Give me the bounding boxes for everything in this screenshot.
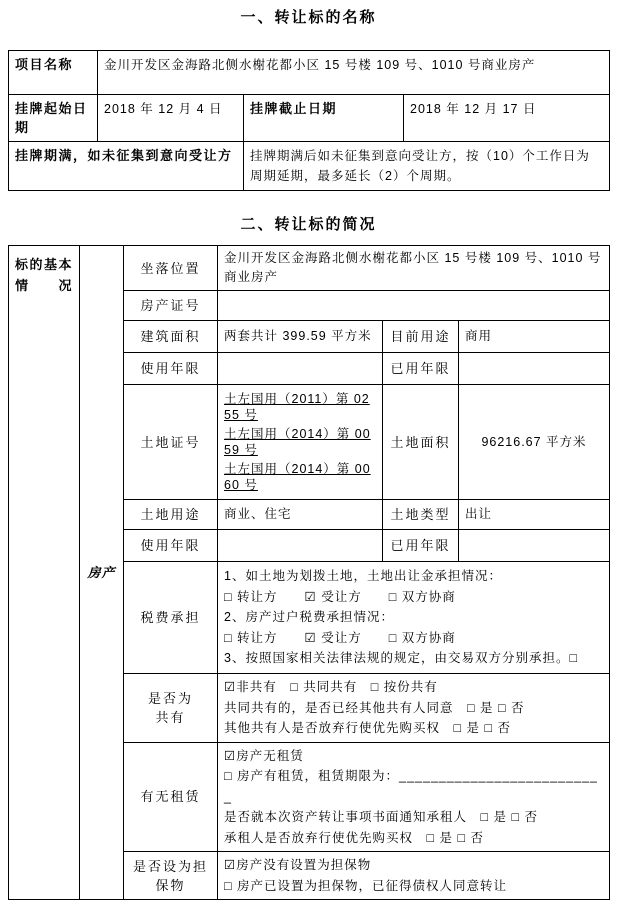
building-area-value: 两套共计 399.59 平方米 [218, 321, 383, 353]
tax-burden-line-2-checkboxes: □ 转让方 ☑ 受让方 □ 双方协商 [224, 587, 603, 608]
lease-line-2-checkbox-blank: □ 房产有租赁，租赁期限为：__________________________ [224, 766, 603, 807]
current-use-value: 商用 [459, 321, 610, 353]
current-use-label: 目前用途 [383, 321, 459, 353]
basic-info-header-line2: 情 况 [15, 278, 73, 293]
basic-info-header: 标的基本 情 况 [9, 246, 80, 900]
land-type-label: 土地类型 [383, 500, 459, 530]
land-type-value: 出让 [459, 500, 610, 530]
land-use-label: 土地用途 [124, 500, 218, 530]
basic-info-header-line1: 标的基本 [15, 257, 73, 272]
used-years-label-2: 已用年限 [383, 530, 459, 562]
shared-ownership-value: ☑非共有 □ 共同共有 □ 按份共有 共同共有的，是否已经其他共有人同意 □ 是… [218, 674, 610, 743]
listing-end-value: 2018 年 12 月 17 日 [404, 95, 610, 142]
used-years-value-1 [459, 353, 610, 385]
listing-start-value: 2018 年 12 月 4 日 [98, 95, 244, 142]
land-cert-label: 土地证号 [124, 385, 218, 500]
collateral-label: 是否设为担 保物 [124, 852, 218, 900]
property-cert-label: 房产证号 [124, 291, 218, 321]
expiry-label: 挂牌期满，如未征集到意向受让方 [9, 142, 244, 191]
shared-ownership-line-2-checkboxes: 共同共有的，是否已经其他共有人同意 □ 是 □ 否 [224, 698, 603, 719]
shared-ownership-label-line2: 共有 [155, 710, 185, 725]
land-cert-values: 土左国用（2011）第 0255 号 土左国用（2014）第 0059 号 土左… [218, 385, 383, 500]
location-value: 金川开发区金海路北侧水榭花都小区 15 号楼 109 号、1010 号商业房产 [218, 246, 610, 291]
land-area-label: 土地面积 [383, 385, 459, 500]
project-row: 项目名称 金川开发区金海路北侧水榭花都小区 15 号楼 109 号、1010 号… [9, 51, 610, 95]
collateral-line-2-checkbox: □ 房产已设置为担保物，已征得债权人同意转让 [224, 876, 603, 897]
usage-years-label-1: 使用年限 [124, 353, 218, 385]
tax-burden-label: 税费承担 [124, 562, 218, 674]
expiry-row: 挂牌期满，如未征集到意向受让方 挂牌期满后如未征集到意向受让方，按（10）个工作… [9, 142, 610, 191]
shared-ownership-line-1-checkboxes: ☑非共有 □ 共同共有 □ 按份共有 [224, 677, 603, 698]
tax-burden-line-4-checkboxes: □ 转让方 ☑ 受让方 □ 双方协商 [224, 628, 603, 649]
land-cert-value-2: 土左国用（2014）第 0059 号 [224, 426, 376, 458]
shared-ownership-label-line1: 是否为 [148, 691, 193, 706]
tax-burden-line-1: 1、如土地为划拨土地，土地出让金承担情况： [224, 566, 603, 587]
location-label: 坐落位置 [124, 246, 218, 291]
lease-status-value: ☑房产无租赁 □ 房产有租赁，租赁期限为：___________________… [218, 742, 610, 852]
tax-burden-value: 1、如土地为划拨土地，土地出让金承担情况： □ 转让方 ☑ 受让方 □ 双方协商… [218, 562, 610, 674]
location-row: 标的基本 情 况 房产 坐落位置 金川开发区金海路北侧水榭花都小区 15 号楼 … [9, 246, 610, 291]
shared-ownership-line-3-checkboxes: 其他共有人是否放弃行使优先购买权 □ 是 □ 否 [224, 718, 603, 739]
land-use-value: 商业、住宅 [218, 500, 383, 530]
lease-line-4-checkboxes: 承租人是否放弃行使优先购买权 □ 是 □ 否 [224, 828, 603, 849]
used-years-label-1: 已用年限 [383, 353, 459, 385]
property-group-header: 房产 [80, 246, 124, 900]
usage-years-value-2 [218, 530, 383, 562]
collateral-line-1-checkbox: ☑房产没有设置为担保物 [224, 855, 603, 876]
section1-table: 项目名称 金川开发区金海路北侧水榭花都小区 15 号楼 109 号、1010 号… [8, 50, 610, 191]
section1-title: 一、转让标的名称 [8, 8, 609, 28]
listing-start-label: 挂牌起始日期 [9, 95, 98, 142]
land-area-value: 96216.67 平方米 [459, 385, 610, 500]
collateral-label-line2: 保物 [155, 878, 185, 893]
land-cert-value-1: 土左国用（2011）第 0255 号 [224, 391, 376, 423]
lease-line-3-checkboxes: 是否就本次资产转让事项书面通知承租人 □ 是 □ 否 [224, 807, 603, 828]
tax-burden-line-5: 3、按照国家相关法律法规的规定，由交易双方分别承担。□ [224, 648, 603, 669]
lease-status-label: 有无租赁 [124, 742, 218, 852]
usage-years-value-1 [218, 353, 383, 385]
listing-dates-row: 挂牌起始日期 2018 年 12 月 4 日 挂牌截止日期 2018 年 12 … [9, 95, 610, 142]
shared-ownership-label: 是否为 共有 [124, 674, 218, 743]
land-cert-value-3: 土左国用（2014）第 0060 号 [224, 461, 376, 493]
usage-years-label-2: 使用年限 [124, 530, 218, 562]
lease-line-1-checkbox: ☑房产无租赁 [224, 746, 603, 767]
collateral-value: ☑房产没有设置为担保物 □ 房产已设置为担保物，已征得债权人同意转让 [218, 852, 610, 900]
property-cert-value [218, 291, 610, 321]
document: 一、转让标的名称 项目名称 金川开发区金海路北侧水榭花都小区 15 号楼 109… [0, 0, 617, 900]
tax-burden-line-3: 2、房产过户税费承担情况： [224, 607, 603, 628]
expiry-value: 挂牌期满后如未征集到意向受让方，按（10）个工作日为周期延期，最多延长（2）个周… [244, 142, 610, 191]
used-years-value-2 [459, 530, 610, 562]
project-value: 金川开发区金海路北侧水榭花都小区 15 号楼 109 号、1010 号商业房产 [98, 51, 610, 95]
section2-table: 标的基本 情 况 房产 坐落位置 金川开发区金海路北侧水榭花都小区 15 号楼 … [8, 245, 610, 900]
section2-title: 二、转让标的简况 [8, 215, 609, 235]
collateral-label-line1: 是否设为担 [133, 859, 208, 874]
building-area-label: 建筑面积 [124, 321, 218, 353]
listing-end-label: 挂牌截止日期 [244, 95, 404, 142]
project-label: 项目名称 [9, 51, 98, 95]
